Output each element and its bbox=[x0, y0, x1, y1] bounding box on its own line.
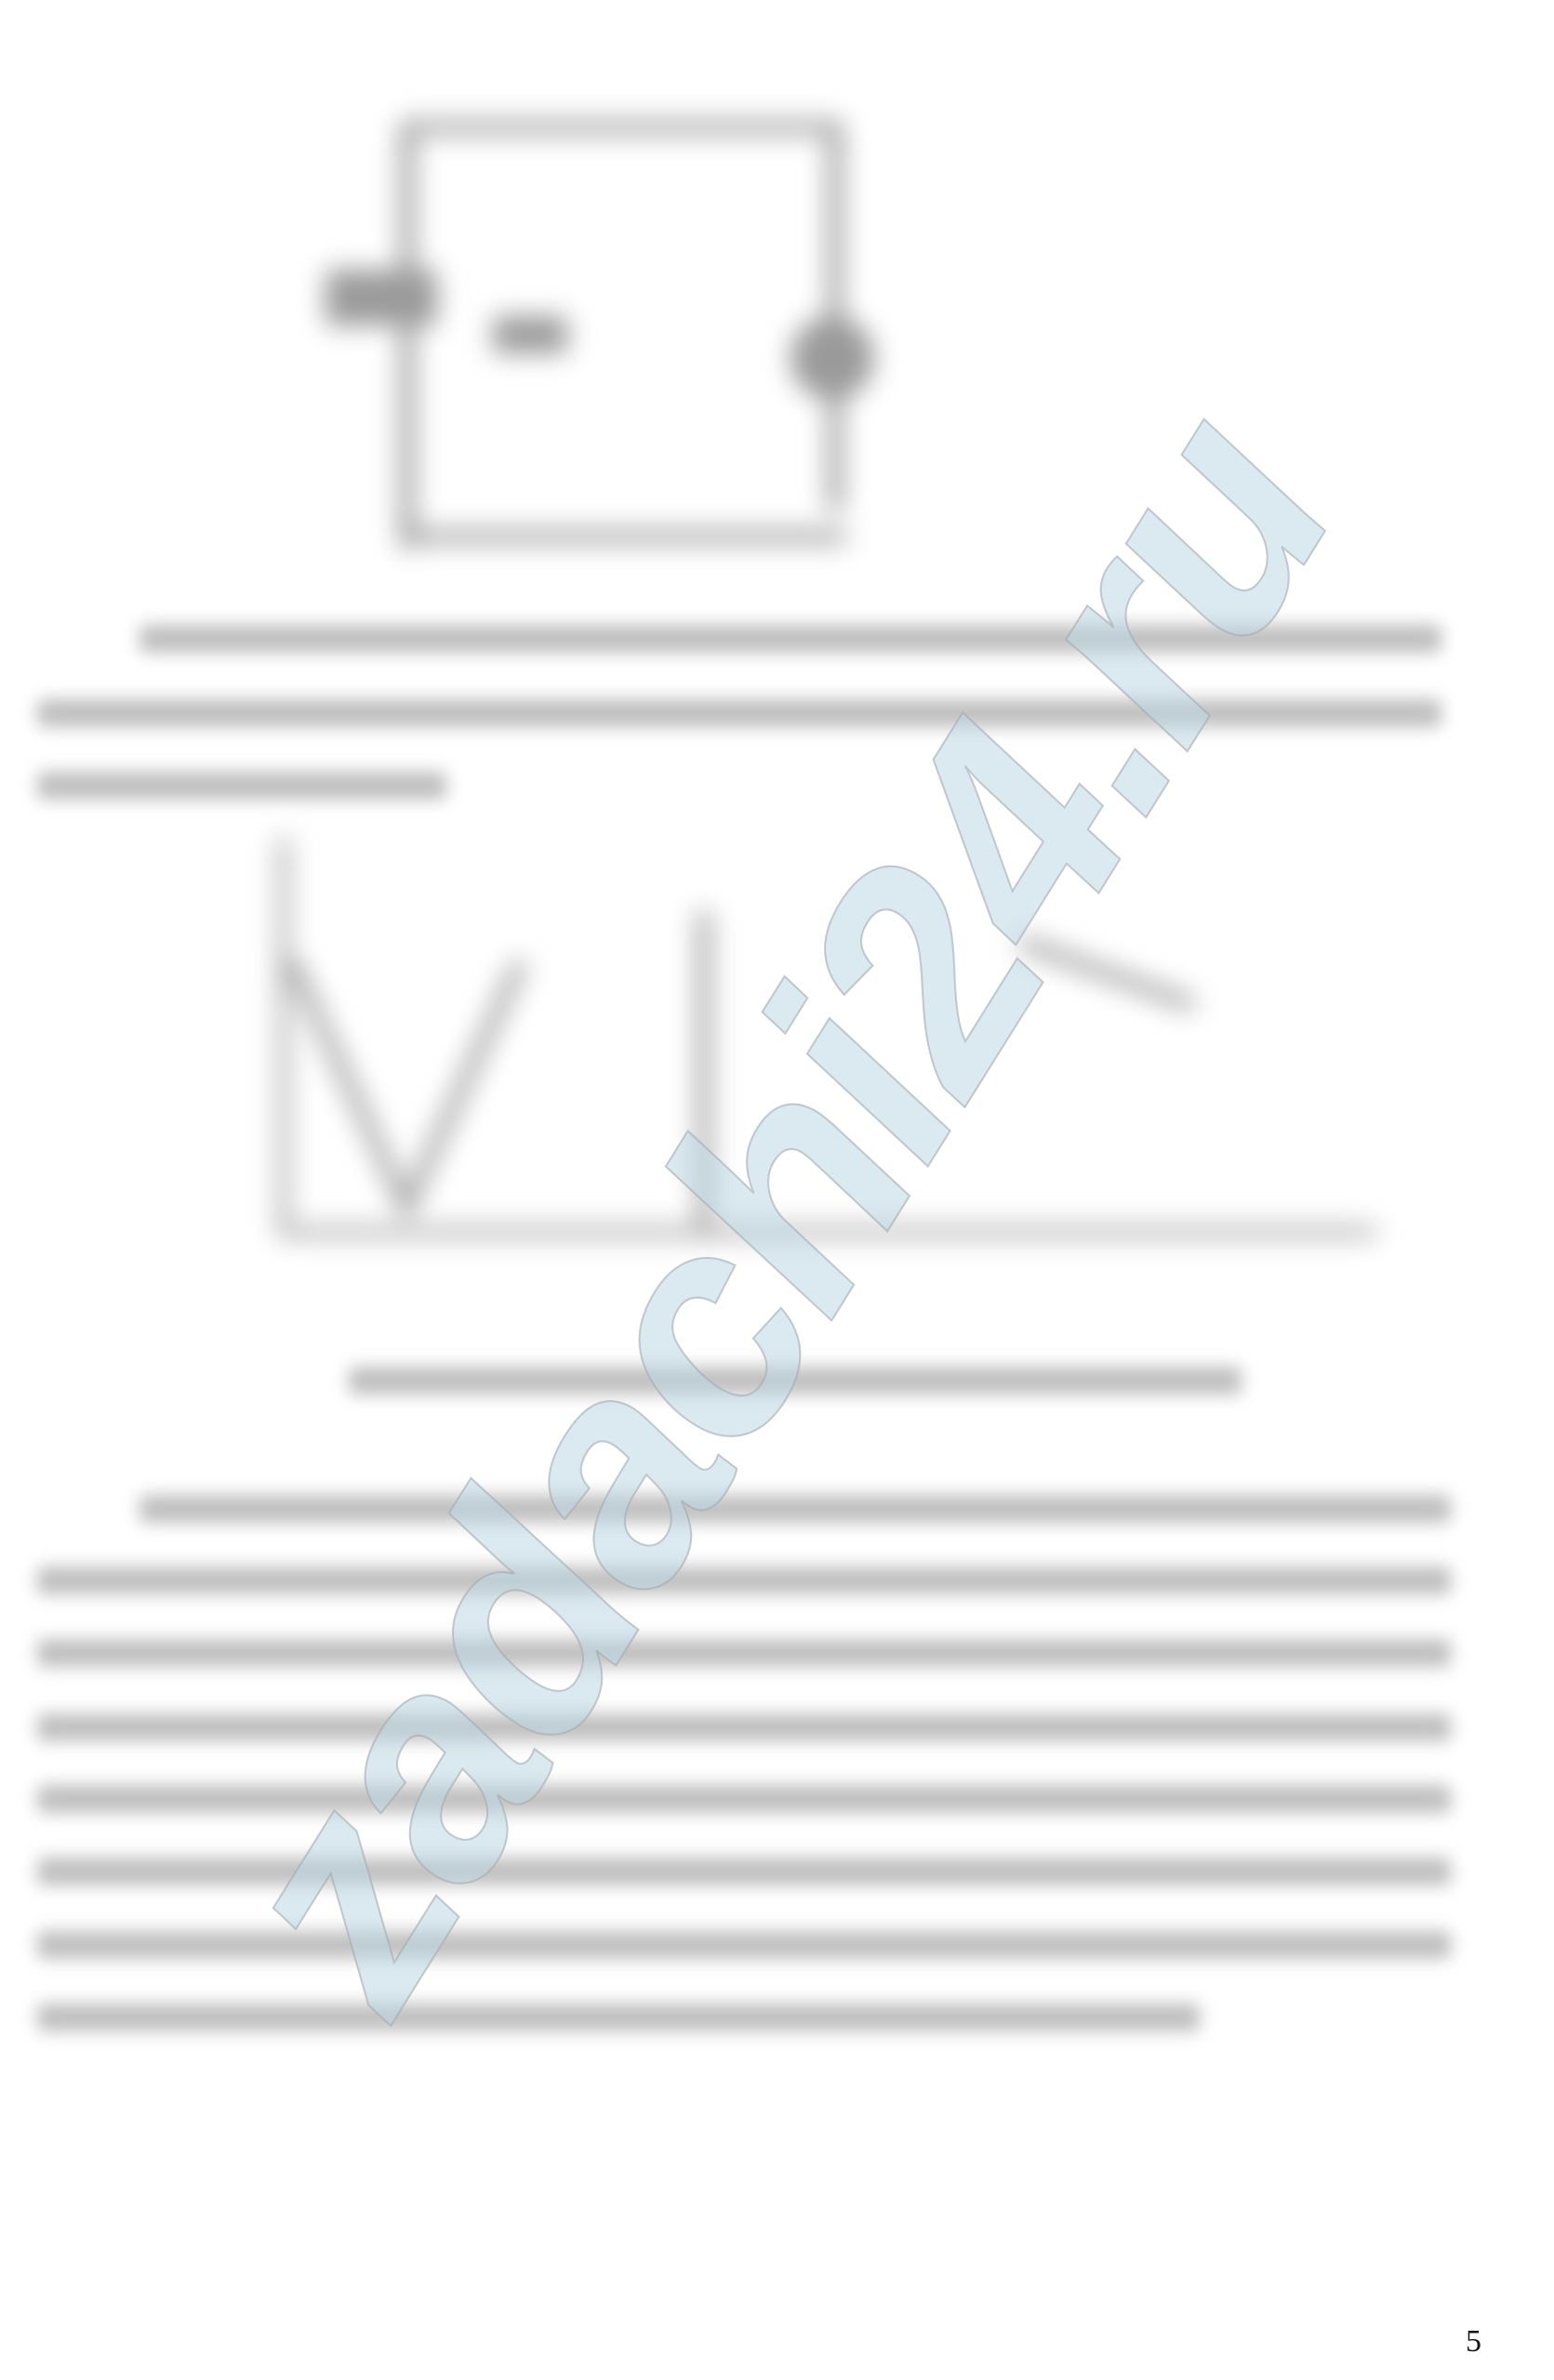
figure-2-diagram bbox=[177, 837, 1423, 1320]
figure-1-schematic bbox=[307, 84, 1014, 567]
page-number: 5 bbox=[1466, 2324, 1481, 2360]
document-page: 5 zadachi24.ru bbox=[0, 0, 1554, 2380]
